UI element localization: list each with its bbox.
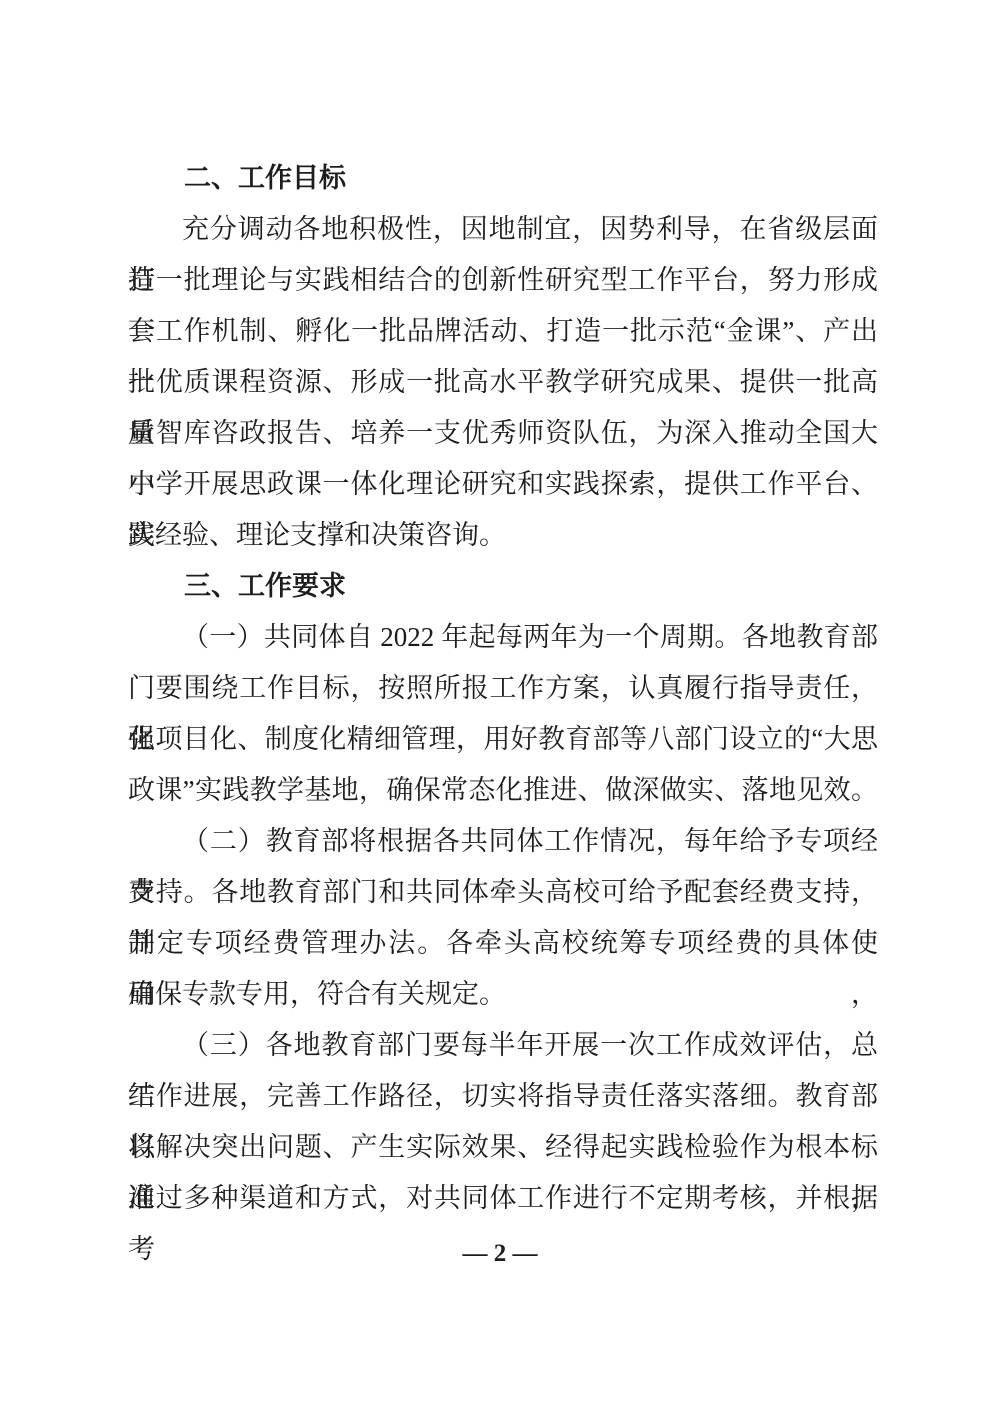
text-line: 工作进展，完善工作路径，切实将指导责任落实落细。教育部将 (128, 1071, 878, 1122)
text-line: 门要围绕工作目标，按照所报工作方案，认真履行指导责任，强 (128, 663, 878, 714)
section-heading-work-goals: 二、工作目标 (128, 153, 878, 204)
text-line: 化项目化、制度化精细管理，用好教育部等八部门设立的“大思 (128, 714, 878, 765)
document-body: 二、工作目标 充分调动各地积极性，因地制宜，因势利导，在省级层面打 造一批理论与… (128, 153, 878, 1224)
text-line: 践经验、理论支撑和决策咨询。 (128, 510, 878, 561)
text-line: （三）各地教育部门要每半年开展一次工作成效评估，总结 (128, 1020, 878, 1071)
text-line: 充分调动各地积极性，因地制宜，因势利导，在省级层面打 (128, 204, 878, 255)
page-number: — 2 — (0, 1240, 1000, 1268)
text-line: 制定专项经费管理办法。各牵头高校统筹专项经费的具体使用， (128, 918, 878, 969)
text-line: 批优质课程资源、形成一批高水平教学研究成果、提供一批高质 (128, 357, 878, 408)
text-line: 以解决突出问题、产生实际效果、经得起实践检验作为根本标准， (128, 1122, 878, 1173)
text-line: 政课”实践教学基地，确保常态化推进、做深做实、落地见效。 (128, 765, 878, 816)
text-line: 通过多种渠道和方式，对共同体工作进行不定期考核，并根据考 (128, 1173, 878, 1224)
text-line: 小学开展思政课一体化理论研究和实践探索，提供工作平台、实 (128, 459, 878, 510)
text-line: 量智库咨政报告、培养一支优秀师资队伍，为深入推动全国大中 (128, 408, 878, 459)
document-page: 二、工作目标 充分调动各地积极性，因地制宜，因势利导，在省级层面打 造一批理论与… (0, 0, 1000, 1414)
text-line: （二）教育部将根据各共同体工作情况，每年给予专项经费 (128, 816, 878, 867)
text-line: 造一批理论与实践相结合的创新性研究型工作平台，努力形成一 (128, 255, 878, 306)
text-line: 套工作机制、孵化一批品牌活动、打造一批示范“金课”、产出一 (128, 306, 878, 357)
text-line: （一）共同体自 2022 年起每两年为一个周期。各地教育部 (128, 612, 878, 663)
section-heading-work-requirements: 三、工作要求 (128, 561, 878, 612)
text-line: 支持。各地教育部门和共同体牵头高校可给予配套经费支持，并 (128, 867, 878, 918)
